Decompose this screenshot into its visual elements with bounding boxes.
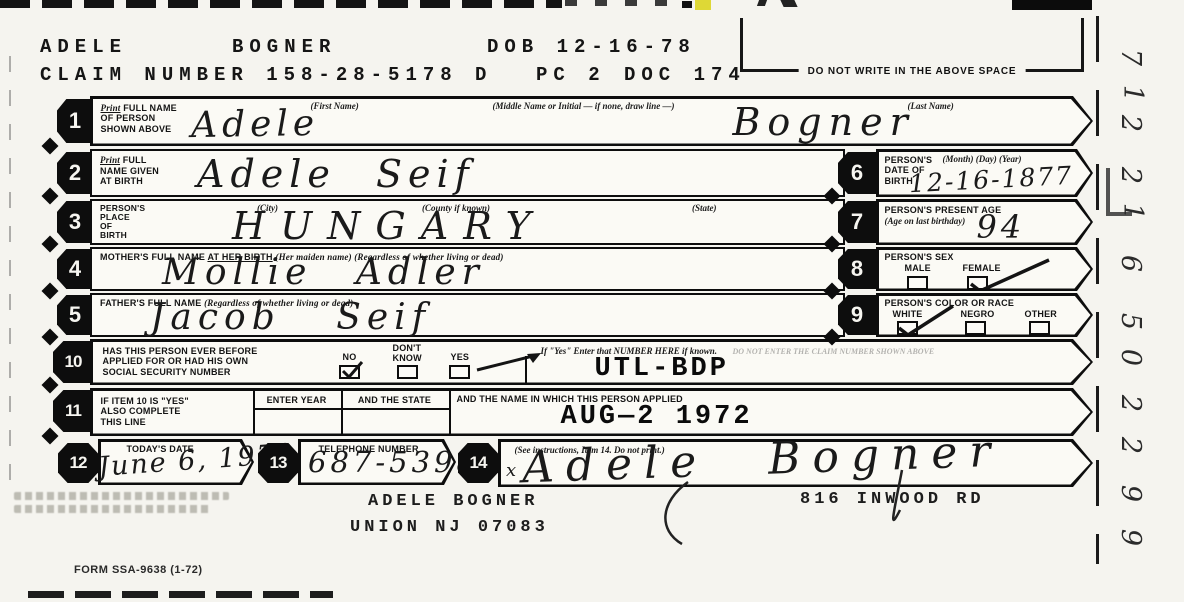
typed-city: UNION NJ 07083 [350,518,549,537]
negro-label: NEGRO [961,309,995,320]
item-6-tag: 6 [838,152,876,194]
item-8-label: PERSON'S SEX [885,252,954,263]
strip-bracket-mark [1106,168,1132,216]
strip-digit: 1 [1117,85,1148,102]
header-pc: PC 2 [536,64,606,86]
negro-checkbox [965,321,986,335]
joint-diamond [42,236,59,253]
joint-diamond [42,188,59,205]
item-2-box: Print FULL NAME GIVENAT BIRTH Adele Seif [90,149,845,197]
item-12-tag: 12 [58,443,98,483]
header-last-name: BOGNER [232,36,336,58]
and-the-state-header: AND THE STATE [341,395,449,406]
item-3-box: PERSON'SPLACEOFBIRTH (City) (County if k… [90,199,845,245]
item-10-label: HAS THIS PERSON EVER BEFOREAPPLIED FOR O… [103,346,258,378]
dont-know-checkbox [397,365,418,379]
item-11-tag: 11 [53,390,93,432]
age-hint: (Age on last birthday) [885,216,966,226]
scan-mark [682,1,692,8]
yes-label: YES [451,352,470,363]
checkmark-icon [339,357,367,381]
item-1-label: Print FULL NAME OF PERSONSHOWN ABOVE [101,103,177,135]
date-of-birth-value: 12-16-1877 [908,162,1073,196]
scanned-ssa-form: ADELE BOGNER DOB 12-16-78 CLAIM NUMBER 1… [0,0,1184,602]
item-9-box: PERSON'S COLOR OR RACE WHITE NEGRO OTHER [876,293,1093,337]
strip-digit: 5 [1115,313,1146,330]
scan-edge-top-2 [565,0,680,6]
telephone-value: 687-5398 [308,448,479,477]
dob-format-hint: (Month) (Day) (Year) [943,154,1022,164]
header-doc: DOC 174 [624,64,746,86]
place-of-birth-value: HUNGARY [232,207,546,245]
joint-diamond [42,138,59,155]
signature-x-mark: x [506,462,516,480]
item-2-tag: 2 [57,152,93,194]
strip-digit: 0 [1115,349,1146,366]
item-10-box: HAS THIS PERSON EVER BEFOREAPPLIED FOR O… [90,339,1093,385]
mother-name-value: Mollie Adler [162,255,485,291]
item-11-label: IF ITEM 10 IS "YES"ALSO COMPLETETHIS LIN… [101,396,189,428]
typed-address: 816 INWOOD RD [800,490,985,509]
joint-diamond [42,329,59,346]
faint-stamp-line [14,492,229,500]
faint-stamp-line [14,505,212,513]
scan-edge-bottom [28,591,333,598]
first-name-value: Adele [190,105,319,143]
item-1-box: Print FULL NAME OF PERSONSHOWN ABOVE (Fi… [90,96,1093,146]
column-header-underline [253,408,451,411]
item-10-faint-note: DO NOT ENTER THE CLAIM NUMBER SHOWN ABOV… [733,347,935,356]
arrow-icon [475,348,551,376]
other-label: OTHER [1025,309,1058,320]
item-2-label: Print FULL NAME GIVENAT BIRTH [100,155,159,187]
dont-know-label: DON'TKNOW [393,343,422,364]
state-hint: (State) [692,203,717,213]
typed-name: ADELE BOGNER [368,492,538,511]
scan-divider-right [1096,16,1099,564]
item-1-tag: 1 [57,99,93,143]
checkmark-icon [963,254,1057,294]
scan-edge-top [0,0,562,8]
item-9-tag: 9 [838,295,876,335]
item-7-tag: 7 [838,201,876,243]
item-8-box: PERSON'S SEX MALE FEMALE [876,247,1093,291]
strip-digit: 9 [1115,529,1146,546]
father-name-value: Jacob Seif [150,300,431,336]
scan-bar-top-right [1012,0,1092,10]
strip-digit: 9 [1115,485,1146,502]
middle-name-hint: (Middle Name or Initial — if none, draw … [493,101,675,111]
male-label: MALE [905,263,931,274]
joint-diamond [42,283,59,300]
signature-flourish [650,482,770,552]
male-checkbox [907,276,928,290]
item-5-tag: 5 [57,295,93,335]
joint-diamond [42,377,59,394]
item-3-label: PERSON'SPLACEOFBIRTH [100,204,145,240]
item-13-tag: 13 [258,443,298,483]
item-10-tag: 10 [53,341,93,383]
strip-digit: 2 [1115,395,1146,412]
item-6-box: PERSON'SDATE OFBIRTH (Month) (Day) (Year… [876,149,1093,197]
highlight-mark [695,0,711,10]
item-14-tag: 14 [458,443,498,483]
name-at-birth-value: Adele Seif [197,155,475,193]
header-first-name: ADELE [40,36,127,58]
scan-mark [780,0,797,7]
item-8-tag: 8 [838,249,876,289]
do-not-write-label: DO NOT WRITE IN THE ABOVE SPACE [799,66,1026,77]
utl-bdp-stamp: UTL-BDP [595,354,729,384]
age-value: 94 [977,211,1026,243]
form-number: FORM SSA-9638 (1-72) [74,564,203,576]
scan-edge-left [9,56,11,486]
strip-digit: 7 [1115,49,1146,66]
strip-digit: 2 [1115,115,1146,132]
scan-mark [757,0,767,6]
enter-year-header: ENTER YEAR [253,395,341,406]
pointer-line [525,356,528,384]
header-dob: DOB 12-16-78 [487,36,696,58]
strip-digit: 6 [1115,255,1146,272]
checkmark-icon [891,301,961,339]
item-4-box: MOTHER'S FULL NAME AT HER BIRTH (Her mai… [90,247,845,291]
header-claim-number: CLAIM NUMBER 158-28-5178 D [40,64,492,86]
do-not-write-box: DO NOT WRITE IN THE ABOVE SPACE [740,18,1084,72]
joint-diamond [42,428,59,445]
column-divider [449,391,452,434]
item-3-tag: 3 [57,201,93,243]
date-stamp: AUG—2 1972 [561,402,753,432]
item-7-box: PERSON'S PRESENT AGE (Age on last birthd… [876,199,1093,245]
last-name-value: Bogner [733,103,915,141]
strip-digit: 2 [1115,437,1146,454]
other-checkbox [1029,321,1050,335]
item-5-box: FATHER'S FULL NAME (Regardless of whethe… [90,293,845,337]
item-4-tag: 4 [57,249,93,289]
yes-checkbox [449,365,470,379]
